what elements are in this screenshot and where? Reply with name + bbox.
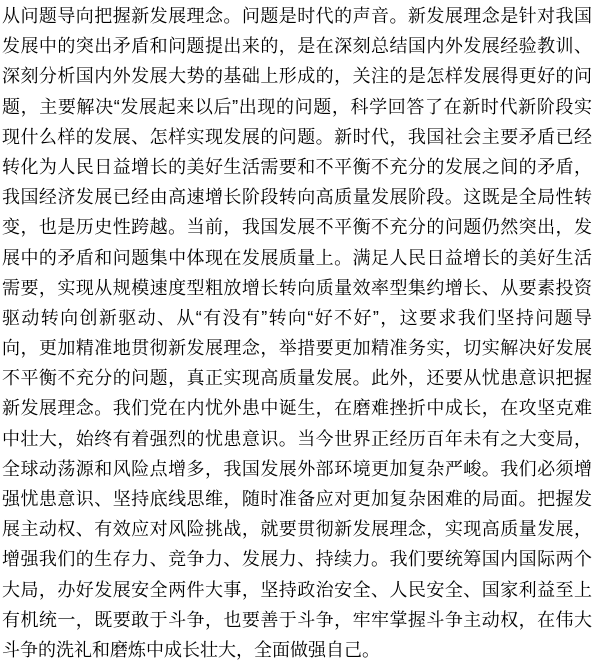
text-line: 转化为人民日益增长的美好生活需要和不平衡不充分的发展之间的矛盾， — [2, 152, 592, 182]
text-line: 不平衡不充分的问题，真正实现高质量发展。此外，还要从忧患意识把握 — [2, 363, 592, 393]
text-line: 向，更加精准地贯彻新发展理念，举措要更加精准务实，切实解决好发展 — [2, 333, 592, 363]
text-line: 有机统一，既要敢于斗争，也要善于斗争，牢牢掌握斗争主动权，在伟大 — [2, 605, 592, 635]
text-line: 展主动权、有效应对风险挑战，就要贯彻新发展理念，实现高质量发展， — [2, 514, 592, 544]
document-page: 从问题导向把握新发展理念。问题是时代的声音。新发展理念是针对我国发展中的突出矛盾… — [0, 0, 593, 665]
paragraph: 从问题导向把握新发展理念。问题是时代的声音。新发展理念是针对我国发展中的突出矛盾… — [2, 1, 592, 665]
text-line: 全球动荡源和风险点增多，我国发展外部环境更加复杂严峻。我们必须增 — [2, 454, 592, 484]
text-line: 发展中的突出矛盾和问题提出来的，是在深刻总结国内外发展经验教训、 — [2, 31, 592, 61]
text-line: 大局，办好发展安全两件大事，坚持政治安全、人民安全、国家利益至上 — [2, 575, 592, 605]
text-line: 从问题导向把握新发展理念。问题是时代的声音。新发展理念是针对我国 — [2, 1, 592, 31]
text-line: 强忧患意识、坚持底线思维，随时准备应对更加复杂困难的局面。把握发 — [2, 484, 592, 514]
text-line: 我国经济发展已经由高速增长阶段转向高质量发展阶段。这既是全局性转 — [2, 182, 592, 212]
text-line: 新发展理念。我们党在内忧外患中诞生，在磨难挫折中成长，在攻坚克难 — [2, 393, 592, 423]
text-line: 驱动转向创新驱动、从“有没有”转向“好不好”，这要求我们坚持问题导 — [2, 303, 592, 333]
text-line: 深刻分析国内外发展大势的基础上形成的，关注的是怎样发展得更好的问 — [2, 61, 592, 91]
text-line: 增强我们的生存力、竞争力、发展力、持续力。我们要统筹国内国际两个 — [2, 544, 592, 574]
text-line: 展中的矛盾和问题集中体现在发展质量上。满足人民日益增长的美好生活 — [2, 243, 592, 273]
text-line: 题，主要解决“发展起来以后”出现的问题，科学回答了在新时代新阶段实 — [2, 92, 592, 122]
text-line: 现什么样的发展、怎样实现发展的问题。新时代，我国社会主要矛盾已经 — [2, 122, 592, 152]
text-line: 中壮大，始终有着强烈的忧患意识。当今世界正经历百年未有之大变局， — [2, 424, 592, 454]
text-line: 斗争的洗礼和磨炼中成长壮大，全面做强自己。 — [2, 635, 592, 665]
text-line: 需要，实现从规模速度型粗放增长转向质量效率型集约增长、从要素投资 — [2, 273, 592, 303]
text-line: 变，也是历史性跨越。当前，我国发展不平衡不充分的问题仍然突出，发 — [2, 212, 592, 242]
